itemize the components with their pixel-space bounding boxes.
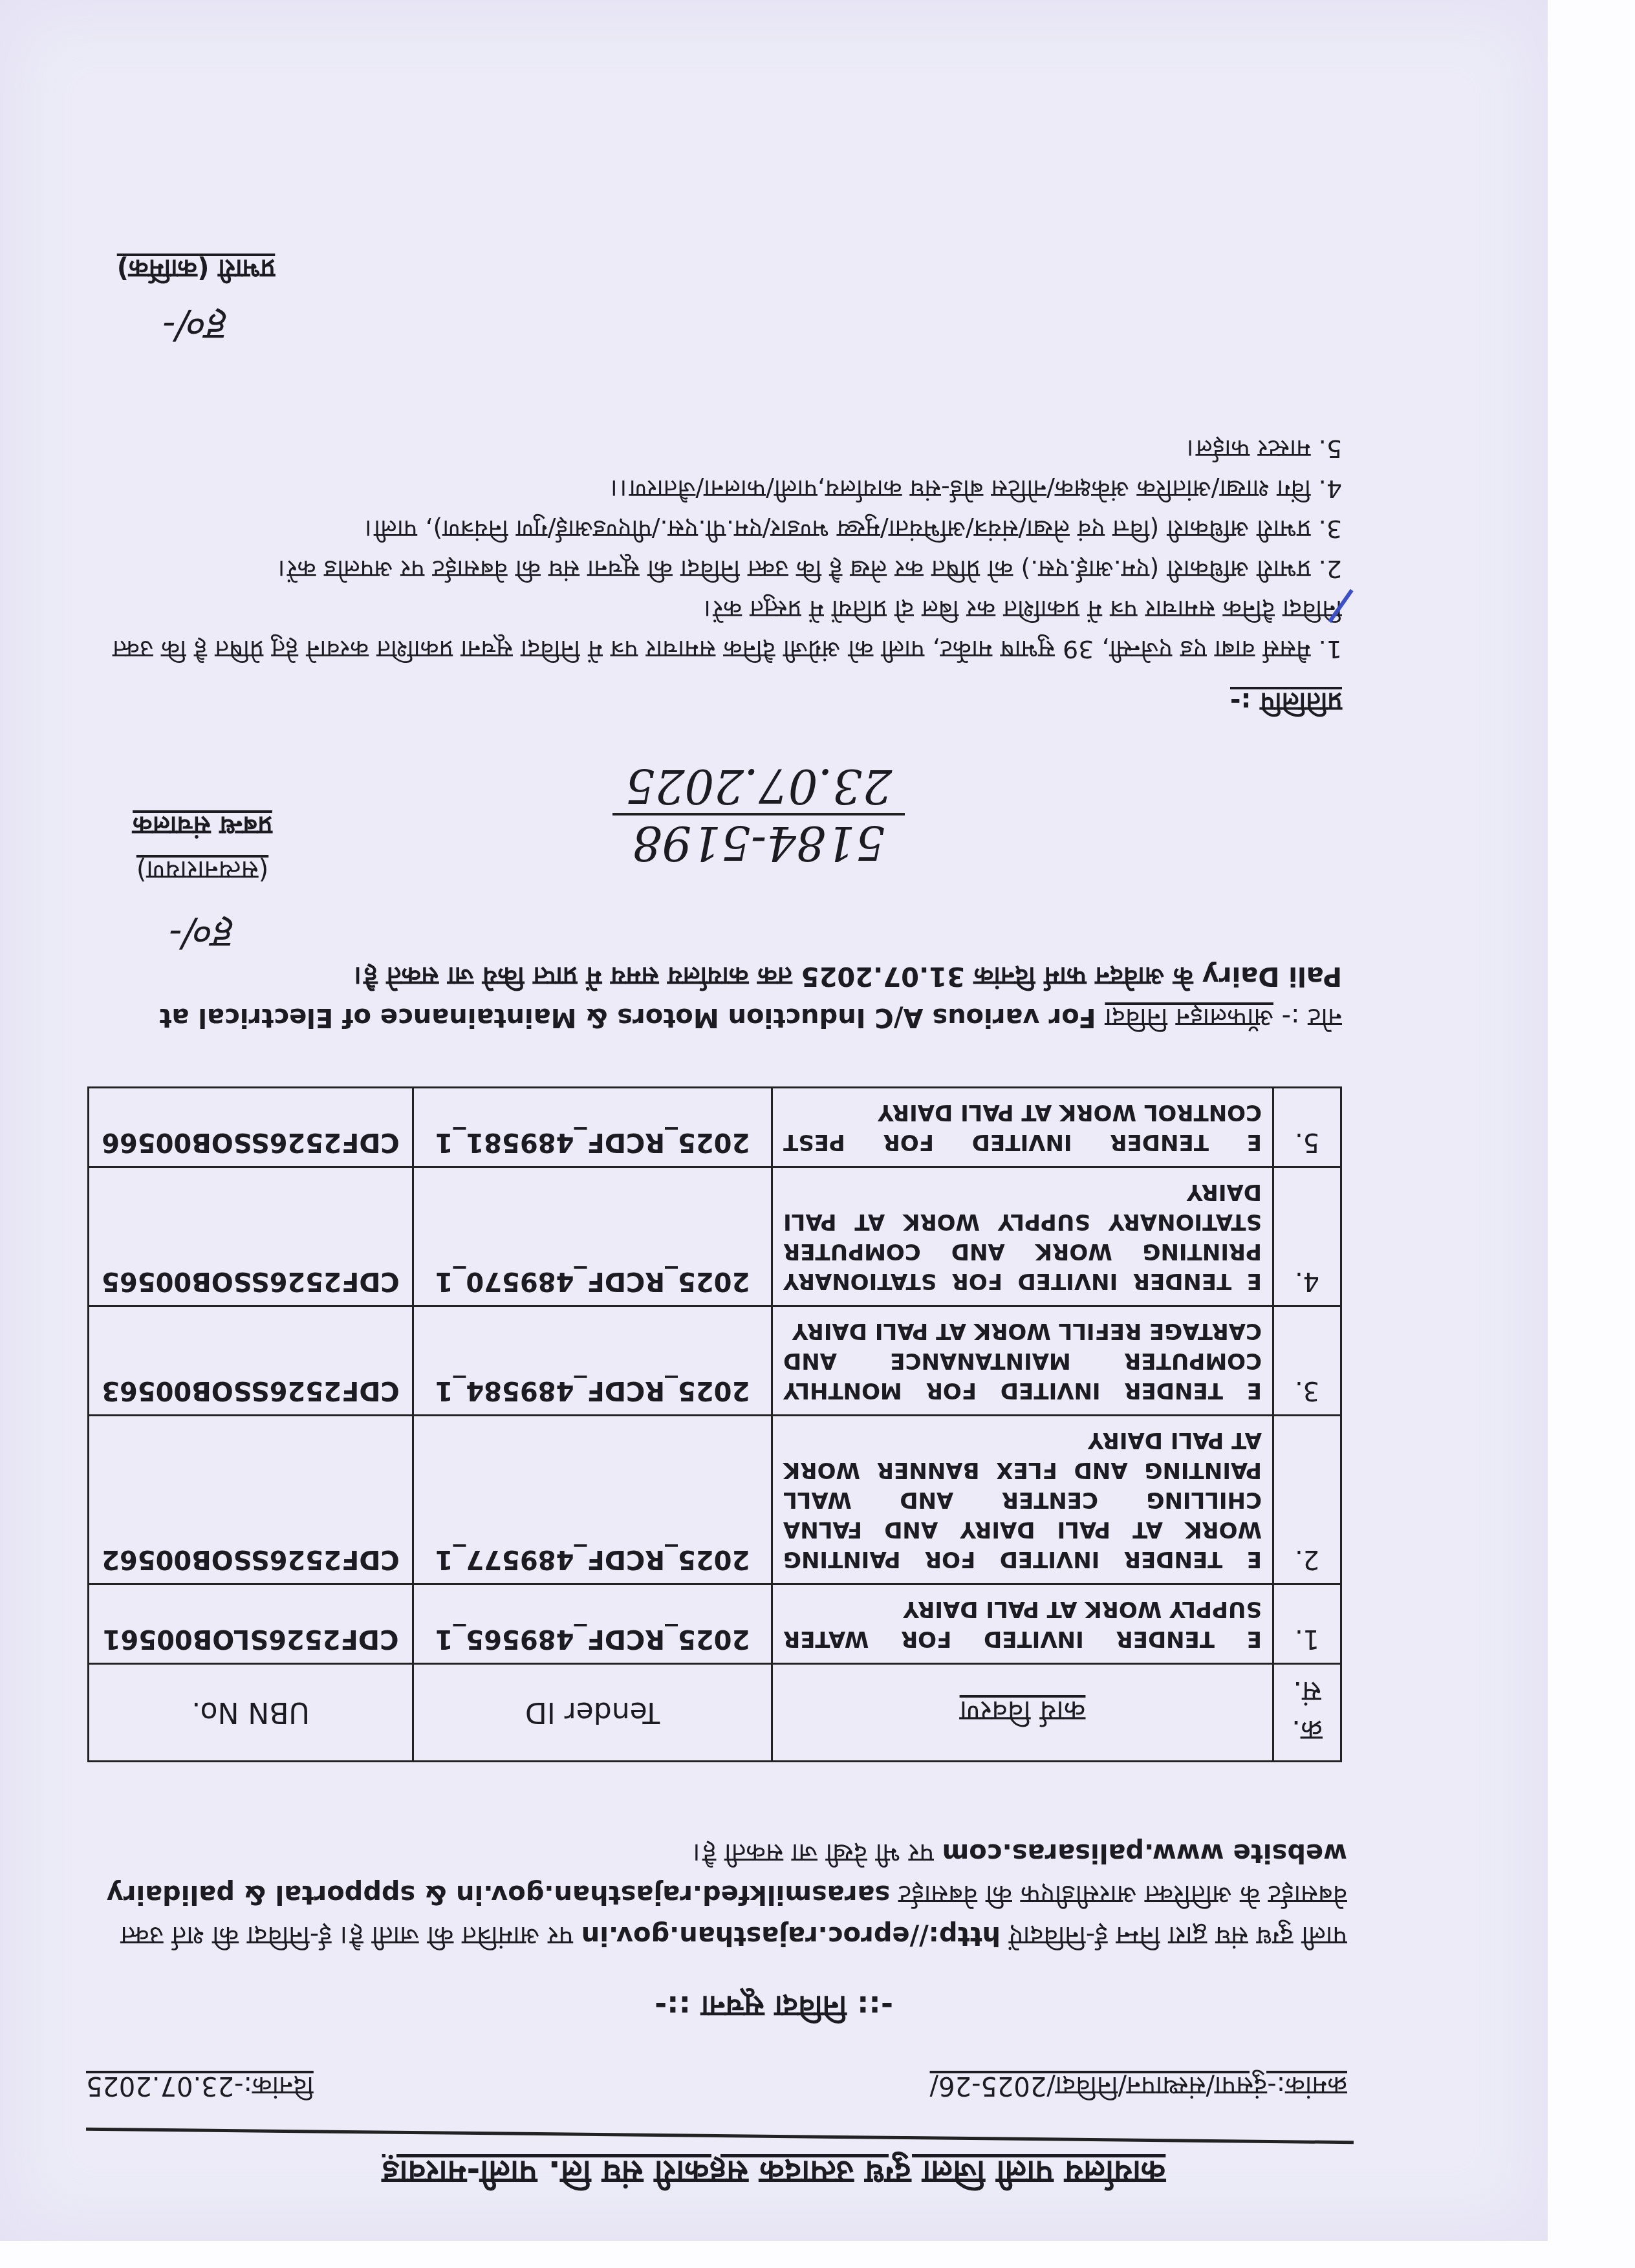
- table-row: 1.E TENDER INVITED FOR WATER SUPPLY WORK…: [89, 1584, 1341, 1664]
- copy-to-item: 2. प्रभारी अधिकारी (एम.आई.एस.) को प्रेषि…: [100, 549, 1342, 589]
- row-sn: 4.: [1273, 1167, 1341, 1306]
- column-header-sn: क्र. सं.: [1273, 1664, 1341, 1762]
- copy-to-item: 1. मैसर्स वाबा एड एजेन्सी, 39 सुभाष मार्…: [100, 589, 1342, 669]
- row-sn: 1.: [1273, 1584, 1341, 1664]
- signature: ह०/-: [92, 288, 299, 365]
- personnel-incharge-signature-block: ह०/- प्रभारी (कार्मिक): [92, 252, 299, 365]
- column-header-work-description: कार्य विवरण: [772, 1664, 1273, 1762]
- scanned-document-page: कार्यालय पाली जिला दुग्ध उत्पादक सहकारी …: [0, 0, 1548, 2241]
- row-ubn-no: CDF2526SSOB00565: [89, 1167, 413, 1306]
- row-ubn-no: CDF2526SSOB00566: [89, 1088, 413, 1167]
- copy-to-label: प्रतिलिपि :-: [1230, 686, 1342, 721]
- handwritten-dispatch: 5184-5198 23.07.2025: [590, 759, 927, 870]
- managing-director-signature-block: ह०/- (सत्यनारायण) प्रबन्ध संचालक: [86, 809, 319, 973]
- intro-paragraph: पाली दुग्ध संघ द्वारा निम्न ई-निविदाऐं h…: [105, 1832, 1347, 1956]
- row-ubn-no: CDF2526SLOB00561: [89, 1584, 413, 1664]
- row-work-description: E TENDER INVITED FOR MONTHLY COMPUTER MA…: [772, 1306, 1273, 1416]
- copy-to-item: 3. प्रभारी अधिकारी (वित्त एवं लेखा/संयंत…: [100, 509, 1342, 549]
- row-work-description: E TENDER INVITED FOR STATIONARY PRINTING…: [772, 1167, 1273, 1306]
- row-tender-id: 2025_RCDF_489577_1: [413, 1416, 772, 1584]
- eproc-portal-link[interactable]: http://eproc.rajasthan.gov.in: [581, 1921, 1001, 1950]
- office-title: कार्यालय पाली जिला दुग्ध उत्पादक सहकारी …: [0, 2152, 1548, 2196]
- column-header-ubn: UBN No.: [89, 1664, 413, 1762]
- row-work-description: E TENDER INVITED FOR PEST CONTROL WORK A…: [772, 1088, 1273, 1167]
- table-row: 2.E TENDER INVITED FOR PAINTING WORK AT …: [89, 1416, 1341, 1584]
- row-ubn-no: CDF2526SSOB00562: [89, 1416, 413, 1584]
- row-tender-id: 2025_RCDF_489581_1: [413, 1088, 772, 1167]
- row-ubn-no: CDF2526SSOB00563: [89, 1306, 413, 1416]
- note-offline-label: ऑफलाइन निविदा: [1105, 1002, 1273, 1032]
- row-sn: 3.: [1273, 1306, 1341, 1416]
- copy-to-list: 1. मैसर्स वाबा एड एजेन्सी, 39 सुभाष मार्…: [100, 429, 1342, 669]
- note-label: नोट :-: [1273, 1002, 1342, 1032]
- column-header-tender-id: Tender ID: [413, 1664, 772, 1762]
- row-tender-id: 2025_RCDF_489584_1: [413, 1306, 772, 1416]
- row-tender-id: 2025_RCDF_489565_1: [413, 1584, 772, 1664]
- notice-heading: -:: निविदा सूचना ::-: [0, 1987, 1548, 2027]
- table-header-row: क्र. सं. कार्य विवरण Tender ID UBN No.: [89, 1664, 1341, 1762]
- reference-number: क्रमांक:-दुंसपा/संस्थापन/निविदा/2025-26/: [930, 2069, 1347, 2105]
- header-divider: [86, 2128, 1354, 2144]
- signatory-name: (सत्यनारायण): [86, 854, 319, 889]
- signature: ह०/-: [86, 896, 319, 973]
- row-tender-id: 2025_RCDF_489570_1: [413, 1167, 772, 1306]
- dispatch-numbers: 5184-5198: [590, 815, 927, 870]
- row-work-description: E TENDER INVITED FOR PAINTING WORK AT PA…: [772, 1416, 1273, 1584]
- table-row: 5.E TENDER INVITED FOR PEST CONTROL WORK…: [89, 1088, 1341, 1167]
- scanner-margin-right: [1548, 0, 1635, 2268]
- notice-date: दिनांक:-23.07.2025: [86, 2069, 314, 2105]
- row-sn: 5.: [1273, 1088, 1341, 1167]
- row-sn: 2.: [1273, 1416, 1341, 1584]
- intro-text: पर भी देखी जा सकती है।: [693, 1838, 942, 1868]
- dispatch-date: 23.07.2025: [612, 759, 905, 815]
- scanner-margin-bottom: [0, 2241, 1635, 2268]
- table-row: 3.E TENDER INVITED FOR MONTHLY COMPUTER …: [89, 1306, 1341, 1416]
- copy-to-item: 5. मास्टर फाईल।: [100, 429, 1342, 469]
- tender-table: क्र. सं. कार्य विवरण Tender ID UBN No. 1…: [87, 1086, 1342, 1762]
- row-work-description: E TENDER INVITED FOR WATER SUPPLY WORK A…: [772, 1584, 1273, 1664]
- copy-to-item: 4. विंग शाखा/आंतरिक अंकेक्षक/नोटिस बोर्ड…: [100, 469, 1342, 509]
- table-row: 4.E TENDER INVITED FOR STATIONARY PRINTI…: [89, 1167, 1341, 1306]
- signatory-designation: प्रभारी (कार्मिक): [92, 252, 299, 288]
- intro-text: पाली दुग्ध संघ द्वारा निम्न ई-निविदाऐं: [1001, 1921, 1347, 1950]
- signatory-designation: प्रबन्ध संचालक: [86, 809, 319, 845]
